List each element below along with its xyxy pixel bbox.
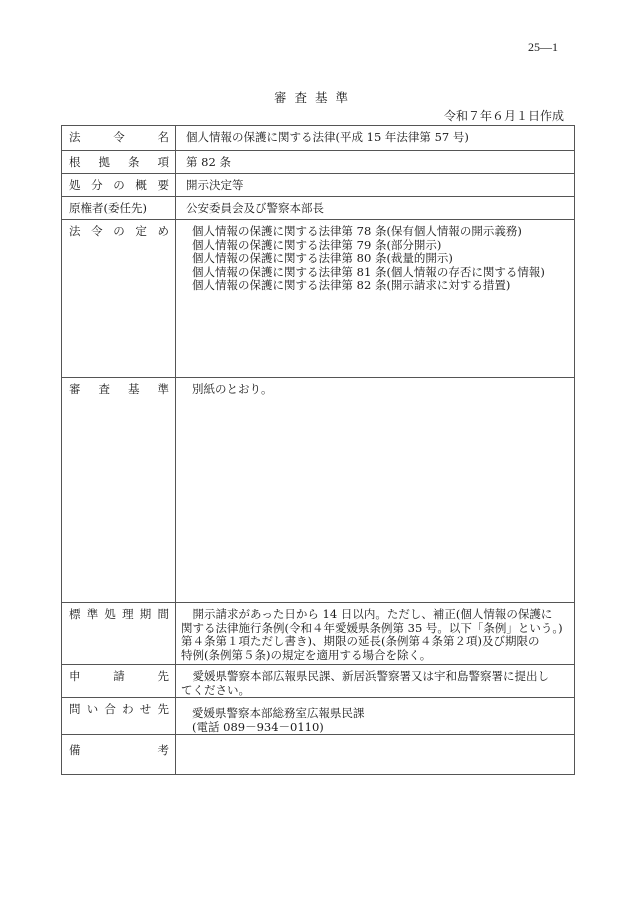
- table-row-authority: 原権者(委任先) 公安委員会及び警察本部長: [62, 197, 575, 220]
- value-line: 関する法律施行条例(令和４年愛媛県条例第 35 号。以下「条例」という。): [181, 622, 566, 636]
- page-number: 25—1: [528, 40, 558, 55]
- label-char: の: [113, 179, 125, 193]
- table-row-basis-article: 根拠条項 第 82 条: [62, 151, 575, 174]
- table-row-application-destination: 申請先 愛媛県警察本部広報県民課、新居浜警察署又は宇和島警察署に提出してください…: [62, 665, 575, 698]
- label-char: 条: [128, 156, 140, 170]
- label-authority: 原権者(委任先): [69, 202, 169, 216]
- row-label: 問い合わせ先: [62, 698, 176, 735]
- label-char: 請: [113, 670, 125, 684]
- label-legal-provisions: 法令の定め: [69, 225, 169, 239]
- label-char: 先: [157, 703, 169, 717]
- value-line: 愛媛県警察本部総務室広報県民課: [192, 707, 566, 721]
- label-char: 合: [104, 703, 116, 717]
- row-value: [176, 735, 575, 775]
- row-value: 個人情報の保護に関する法律第 78 条(保有個人情報の開示義務)個人情報の保護に…: [176, 220, 575, 378]
- label-char: 根: [69, 156, 81, 170]
- value-line: (電話 089－934－0110): [192, 721, 566, 735]
- value-law-name: 個人情報の保護に関する法律(平成 15 年法律第 57 号): [186, 131, 566, 145]
- label-char: 申: [69, 670, 81, 684]
- value-line: 第 82 条: [186, 156, 566, 170]
- value-line: 開示請求があった日から 14 日以内。ただし、補正(個人情報の保護に: [181, 608, 566, 622]
- row-label: 原権者(委任先): [62, 197, 176, 220]
- value-line: 個人情報の保護に関する法律第 80 条(裁量的開示): [192, 252, 566, 266]
- table-row-review-standard: 審査基準 別紙のとおり。: [62, 378, 575, 603]
- row-value: 開示決定等: [176, 174, 575, 197]
- value-line: 別紙のとおり。: [192, 383, 566, 397]
- label-char: 基: [128, 383, 140, 397]
- value-basis-article: 第 82 条: [186, 156, 566, 170]
- value-line: 第４条第１項ただし書き)、期限の延長(条例第４条第２項)及び期限の: [181, 635, 566, 649]
- value-line: 個人情報の保護に関する法律(平成 15 年法律第 57 号): [186, 131, 566, 145]
- table-row-law-name: 法令名 個人情報の保護に関する法律(平成 15 年法律第 57 号): [62, 126, 575, 151]
- created-date: 令和７年６月１日作成: [444, 107, 564, 124]
- label-application-destination: 申請先: [69, 670, 169, 684]
- label-char: 要: [158, 179, 170, 193]
- value-line: 特例(条例第５条)の規定を適用する場合を除く。: [181, 649, 566, 663]
- label-law-name: 法令名: [69, 131, 169, 145]
- label-char: の: [113, 225, 125, 239]
- row-value: 開示請求があった日から 14 日以内。ただし、補正(個人情報の保護に関する法律施…: [176, 603, 575, 665]
- row-label: 審査基準: [62, 378, 176, 603]
- label-char: 間: [157, 608, 169, 622]
- value-line: 開示決定等: [186, 179, 566, 193]
- value-line: 個人情報の保護に関する法律第 81 条(個人情報の存否に関する情報): [192, 266, 566, 280]
- label-char: め: [158, 225, 170, 239]
- value-review-standard: 別紙のとおり。: [186, 383, 566, 397]
- row-label: 申請先: [62, 665, 176, 698]
- row-value: 個人情報の保護に関する法律(平成 15 年法律第 57 号): [176, 126, 575, 151]
- value-line: 個人情報の保護に関する法律第 82 条(開示請求に対する措置): [192, 279, 566, 293]
- label-char: 項: [158, 156, 170, 170]
- label-char: い: [87, 703, 99, 717]
- label-char: 考: [158, 744, 170, 758]
- label-char: 先: [158, 670, 170, 684]
- label-char: 分: [91, 179, 103, 193]
- label-char: 処: [104, 608, 116, 622]
- row-label: 根拠条項: [62, 151, 176, 174]
- label-char: 問: [69, 703, 81, 717]
- label-char: 審: [69, 383, 81, 397]
- document-title: 審査基準: [0, 88, 630, 106]
- row-value: 別紙のとおり。: [176, 378, 575, 603]
- label-char: 査: [99, 383, 111, 397]
- label-char: 法: [69, 225, 81, 239]
- row-label: 標準処理期間: [62, 603, 176, 665]
- label-char: 標: [69, 608, 81, 622]
- table-row-remarks: 備考: [62, 735, 575, 775]
- label-char: 概: [135, 179, 147, 193]
- table-row-disposition-summary: 処分の概要 開示決定等: [62, 174, 575, 197]
- value-line: 愛媛県警察本部広報県民課、新居浜警察署又は宇和島警察署に提出し: [181, 670, 566, 684]
- value-disposition-summary: 開示決定等: [186, 179, 566, 193]
- row-label: 備考: [62, 735, 176, 775]
- value-line: てください。: [181, 684, 566, 698]
- value-inquiries: 愛媛県警察本部総務室広報県民課(電話 089－934－0110): [186, 707, 566, 734]
- value-authority: 公安委員会及び警察本部長: [186, 202, 566, 216]
- row-value: 愛媛県警察本部広報県民課、新居浜警察署又は宇和島警察署に提出してください。: [176, 665, 575, 698]
- row-label: 法令名: [62, 126, 176, 151]
- label-char: 拠: [99, 156, 111, 170]
- table-row-inquiries: 問い合わせ先 愛媛県警察本部総務室広報県民課(電話 089－934－0110): [62, 698, 575, 735]
- label-inquiries: 問い合わせ先: [69, 703, 169, 717]
- row-label: 法令の定め: [62, 220, 176, 378]
- label-char: わ: [122, 703, 134, 717]
- label-disposition-summary: 処分の概要: [69, 179, 169, 193]
- table-row-legal-provisions: 法令の定め 個人情報の保護に関する法律第 78 条(保有個人情報の開示義務)個人…: [62, 220, 575, 378]
- value-line: 個人情報の保護に関する法律第 79 条(部分開示): [192, 239, 566, 253]
- value-legal-provisions: 個人情報の保護に関する法律第 78 条(保有個人情報の開示義務)個人情報の保護に…: [186, 225, 566, 293]
- row-value: 愛媛県警察本部総務室広報県民課(電話 089－934－0110): [176, 698, 575, 735]
- label-remarks: 備考: [69, 744, 169, 758]
- row-label: 処分の概要: [62, 174, 176, 197]
- label-char: 準: [87, 608, 99, 622]
- value-processing-period: 開示請求があった日から 14 日以内。ただし、補正(個人情報の保護に関する法律施…: [181, 608, 566, 662]
- label-char: 期: [140, 608, 152, 622]
- value-line: 公安委員会及び警察本部長: [186, 202, 566, 216]
- label-char: 令: [113, 131, 125, 145]
- label-char: 令: [91, 225, 103, 239]
- row-value: 第 82 条: [176, 151, 575, 174]
- label-char: 準: [158, 383, 170, 397]
- label-char: 名: [158, 131, 170, 145]
- label-processing-period: 標準処理期間: [69, 608, 169, 622]
- label-char: 定: [135, 225, 147, 239]
- standards-table: 法令名 個人情報の保護に関する法律(平成 15 年法律第 57 号) 根拠条項 …: [61, 125, 575, 775]
- label-char: 備: [69, 744, 81, 758]
- label-char: せ: [140, 703, 152, 717]
- label-char: 原権者(委任先): [69, 202, 147, 216]
- table-row-standard-processing-period: 標準処理期間 開示請求があった日から 14 日以内。ただし、補正(個人情報の保護…: [62, 603, 575, 665]
- label-review-standard: 審査基準: [69, 383, 169, 397]
- label-basis-article: 根拠条項: [69, 156, 169, 170]
- row-value: 公安委員会及び警察本部長: [176, 197, 575, 220]
- label-char: 法: [69, 131, 81, 145]
- value-application-destination: 愛媛県警察本部広報県民課、新居浜警察署又は宇和島警察署に提出してください。: [181, 670, 566, 697]
- label-char: 処: [69, 179, 81, 193]
- label-char: 理: [122, 608, 134, 622]
- value-line: 個人情報の保護に関する法律第 78 条(保有個人情報の開示義務): [192, 225, 566, 239]
